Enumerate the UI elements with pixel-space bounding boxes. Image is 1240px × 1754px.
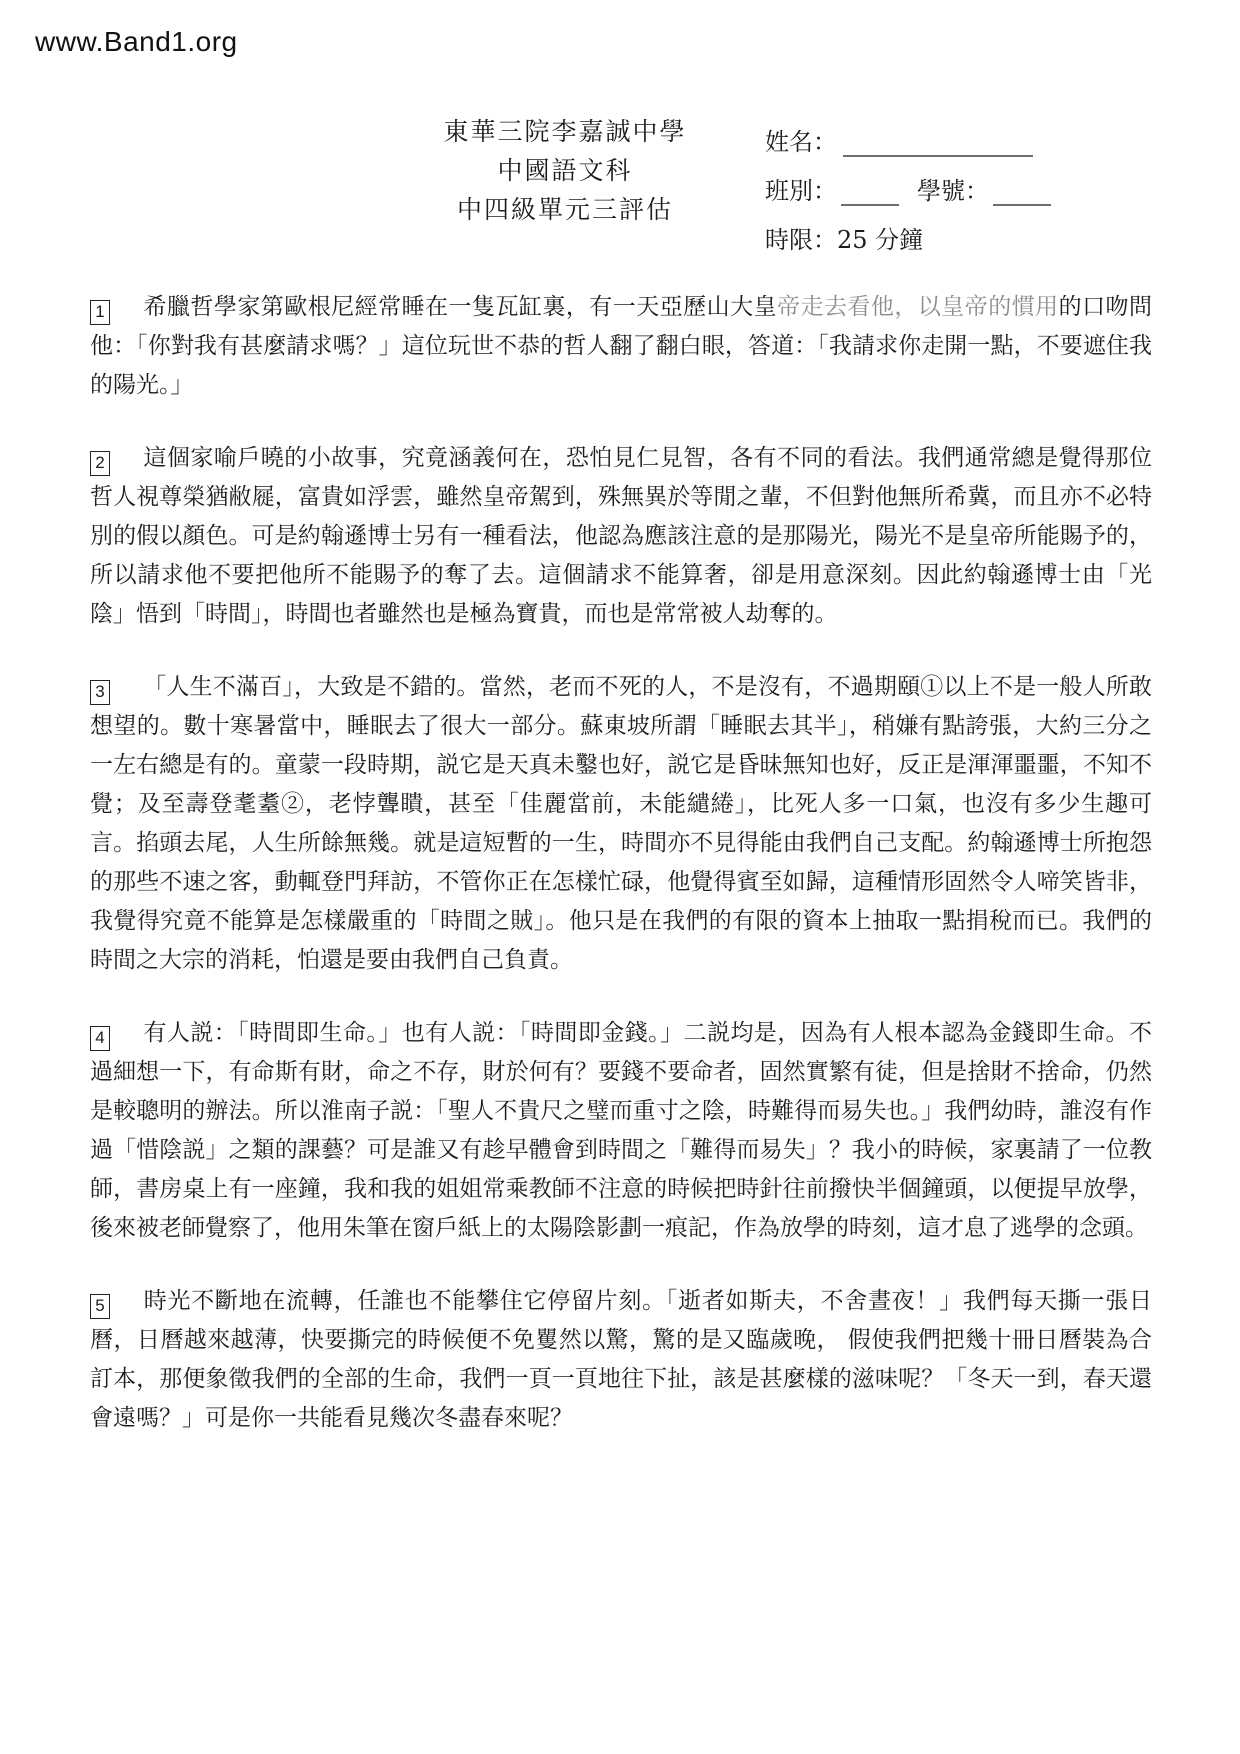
- paper-title: 中四級單元三評估: [390, 190, 740, 229]
- paragraph-4: 4有人説：「時間即生命。」也有人説：「時間即金錢。」二説均是，因為有人根本認為金…: [90, 1014, 1152, 1248]
- passage: 1希臘哲學家第歐根尼經常睡在一隻瓦缸裏，有一天亞歷山大皇帝走去看他，以皇帝的慣用…: [90, 288, 1152, 1472]
- time-row: 時限： 25 分鐘: [765, 206, 1165, 255]
- paragraph-3-number: 3: [90, 680, 110, 705]
- paragraph-5-number: 5: [90, 1294, 110, 1319]
- paragraph-2-number: 2: [90, 451, 110, 476]
- student-info: 姓名： 班別： 學號： 時限： 25 分鐘: [765, 108, 1165, 255]
- watermark: www.Band1.org: [35, 26, 238, 58]
- paragraph-5: 5時光不斷地在流轉，任誰也不能攀住它停留片刻。「逝者如斯夫，不舍晝夜！」我們每天…: [90, 1282, 1152, 1438]
- name-row: 姓名：: [765, 108, 1165, 157]
- paragraph-2: 2這個家喻戶曉的小故事，究竟涵義何在，恐怕見仁見智，各有不同的看法。我們通常總是…: [90, 439, 1152, 634]
- paragraph-5-text: 時光不斷地在流轉，任誰也不能攀住它停留片刻。「逝者如斯夫，不舍晝夜！」我們每天撕…: [90, 1288, 1152, 1431]
- paragraph-1: 1希臘哲學家第歐根尼經常睡在一隻瓦缸裏，有一天亞歷山大皇帝走去看他，以皇帝的慣用…: [90, 288, 1152, 405]
- school-name: 東華三院李嘉誠中學: [390, 112, 740, 151]
- paragraph-1-number: 1: [90, 300, 110, 325]
- name-label: 姓名：: [765, 122, 837, 157]
- paragraph-2-text: 這個家喻戶曉的小故事，究竟涵義何在，恐怕見仁見智，各有不同的看法。我們通常總是覺…: [90, 445, 1152, 627]
- class-row: 班別： 學號：: [765, 157, 1165, 206]
- class-label: 班別：: [765, 171, 837, 206]
- name-field-line: [843, 129, 1033, 157]
- paragraph-3: 3「人生不滿百」，大致是不錯的。當然，老而不死的人，不是沒有，不過期頤①以上不是…: [90, 668, 1152, 980]
- paragraph-4-number: 4: [90, 1026, 110, 1051]
- class-field-line: [841, 178, 899, 206]
- document-page: www.Band1.org 東華三院李嘉誠中學 中國語文科 中四級單元三評估 姓…: [0, 0, 1240, 1754]
- time-limit-label: 時限：: [765, 220, 837, 255]
- header-titles: 東華三院李嘉誠中學 中國語文科 中四級單元三評估: [390, 112, 740, 229]
- subject-name: 中國語文科: [390, 151, 740, 190]
- student-no-field-line: [993, 178, 1051, 206]
- paragraph-3-text: 「人生不滿百」，大致是不錯的。當然，老而不死的人，不是沒有，不過期頤①以上不是一…: [90, 674, 1152, 973]
- paragraph-1-text: 希臘哲學家第歐根尼經常睡在一隻瓦缸裏，有一天亞歷山大皇: [143, 294, 777, 320]
- student-no-label: 學號：: [917, 171, 989, 206]
- time-limit-value: 25 分鐘: [837, 220, 923, 255]
- paragraph-1-degraded-text: 帝走去看他，以皇帝的慣用: [777, 294, 1059, 320]
- paragraph-4-text: 有人説：「時間即生命。」也有人説：「時間即金錢。」二説均是，因為有人根本認為金錢…: [90, 1020, 1152, 1241]
